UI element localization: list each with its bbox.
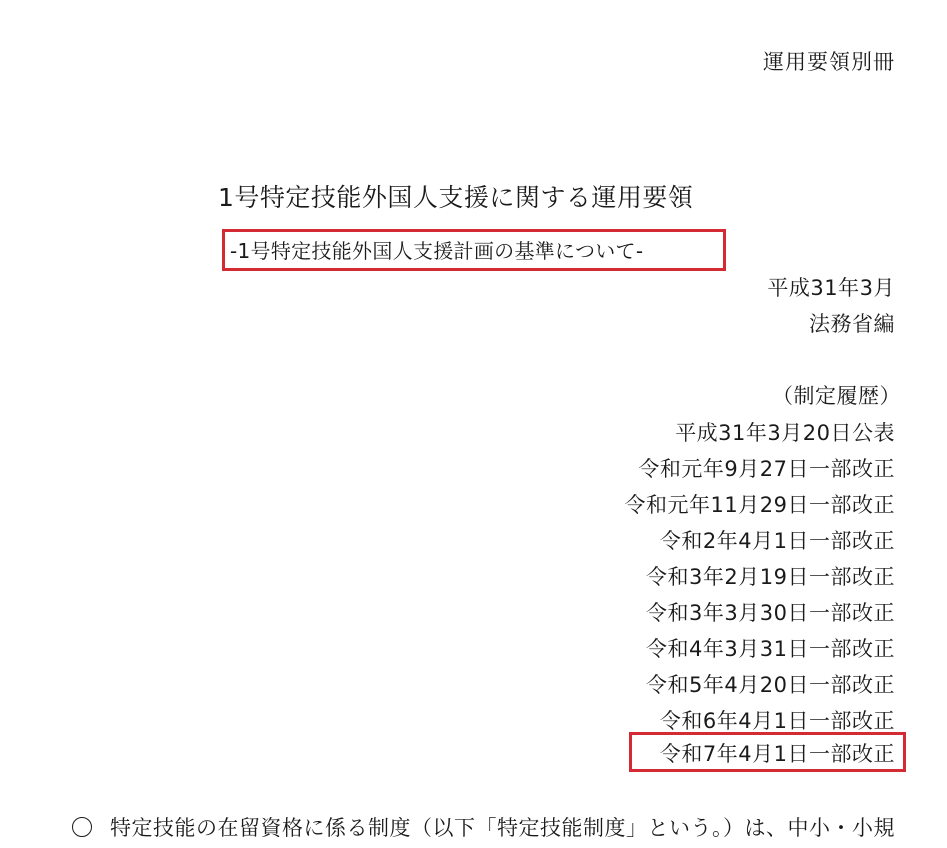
- history-item: 令和2年4月1日一部改正: [660, 525, 895, 555]
- document-title: 1号特定技能外国人支援に関する運用要領: [218, 178, 693, 214]
- body-paragraph: 特定技能の在留資格に係る制度（以下「特定技能制度」という。）は、中小・小規: [70, 812, 895, 842]
- history-item: 令和4年3月31日一部改正: [646, 633, 895, 663]
- publication-date: 平成31年3月: [767, 272, 895, 302]
- history-item: 令和5年4月20日一部改正: [646, 669, 895, 699]
- history-item: 令和3年3月30日一部改正: [646, 597, 895, 627]
- document-subtitle: -1号特定技能外国人支援計画の基準について-: [230, 235, 643, 264]
- history-item: 平成31年3月20日公表: [675, 417, 895, 447]
- body-text: 特定技能の在留資格に係る制度（以下「特定技能制度」という。）は、中小・小規: [110, 816, 895, 840]
- editor: 法務省編: [809, 308, 895, 338]
- history-item: 令和6年4月1日一部改正: [660, 705, 895, 735]
- document-label: 運用要領別冊: [763, 46, 895, 76]
- history-heading: （制定履歴）: [772, 380, 901, 410]
- history-item: 令和元年11月29日一部改正: [625, 489, 895, 519]
- history-item-latest: 令和7年4月1日一部改正: [660, 738, 895, 768]
- history-item: 令和3年2月19日一部改正: [646, 561, 895, 591]
- history-item: 令和元年9月27日一部改正: [638, 453, 895, 483]
- circle-bullet-icon: [72, 817, 92, 837]
